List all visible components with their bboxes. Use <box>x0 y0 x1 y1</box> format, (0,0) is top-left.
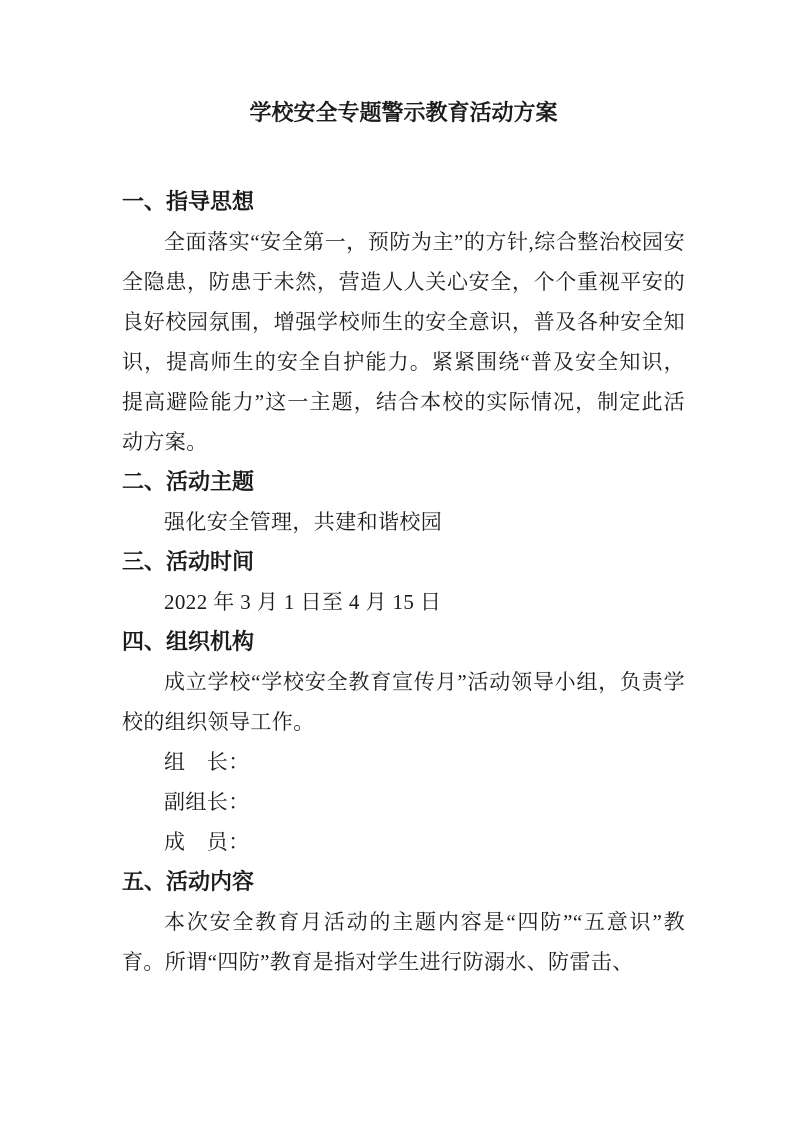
section-heading: 三、活动时间 <box>122 542 685 582</box>
group-leader-line: 组 长： <box>122 742 685 782</box>
section-activity-time: 三、活动时间 2022 年 3 月 1 日至 4 月 15 日 <box>122 542 685 622</box>
paragraph: 2022 年 3 月 1 日至 4 月 15 日 <box>122 582 685 622</box>
section-heading: 一、指导思想 <box>122 182 685 222</box>
deputy-leader-line: 副组长： <box>122 782 685 822</box>
section-activity-theme: 二、活动主题 强化安全管理，共建和谐校园 <box>122 462 685 542</box>
paragraph: 成立学校“学校安全教育宣传月”活动领导小组，负责学校的组织领导工作。 <box>122 662 685 742</box>
section-activity-content: 五、活动内容 本次安全教育月活动的主题内容是“四防”“五意识”教育。所谓“四防”… <box>122 862 685 982</box>
paragraph: 本次安全教育月活动的主题内容是“四防”“五意识”教育。所谓“四防”教育是指对学生… <box>122 902 685 982</box>
section-guiding-thought: 一、指导思想 全面落实“安全第一，预防为主”的方针,综合整治校园安全隐患，防患于… <box>122 182 685 462</box>
section-heading: 五、活动内容 <box>122 862 685 902</box>
paragraph: 全面落实“安全第一，预防为主”的方针,综合整治校园安全隐患，防患于未然，营造人人… <box>122 222 685 462</box>
section-heading: 四、组织机构 <box>122 622 685 662</box>
document-page: 学校安全专题警示教育活动方案 一、指导思想 全面落实“安全第一，预防为主”的方针… <box>0 0 793 1122</box>
section-heading: 二、活动主题 <box>122 462 685 502</box>
paragraph: 强化安全管理，共建和谐校园 <box>122 502 685 542</box>
document-title: 学校安全专题警示教育活动方案 <box>122 93 685 133</box>
members-line: 成 员： <box>122 822 685 862</box>
section-organization: 四、组织机构 成立学校“学校安全教育宣传月”活动领导小组，负责学校的组织领导工作… <box>122 622 685 862</box>
